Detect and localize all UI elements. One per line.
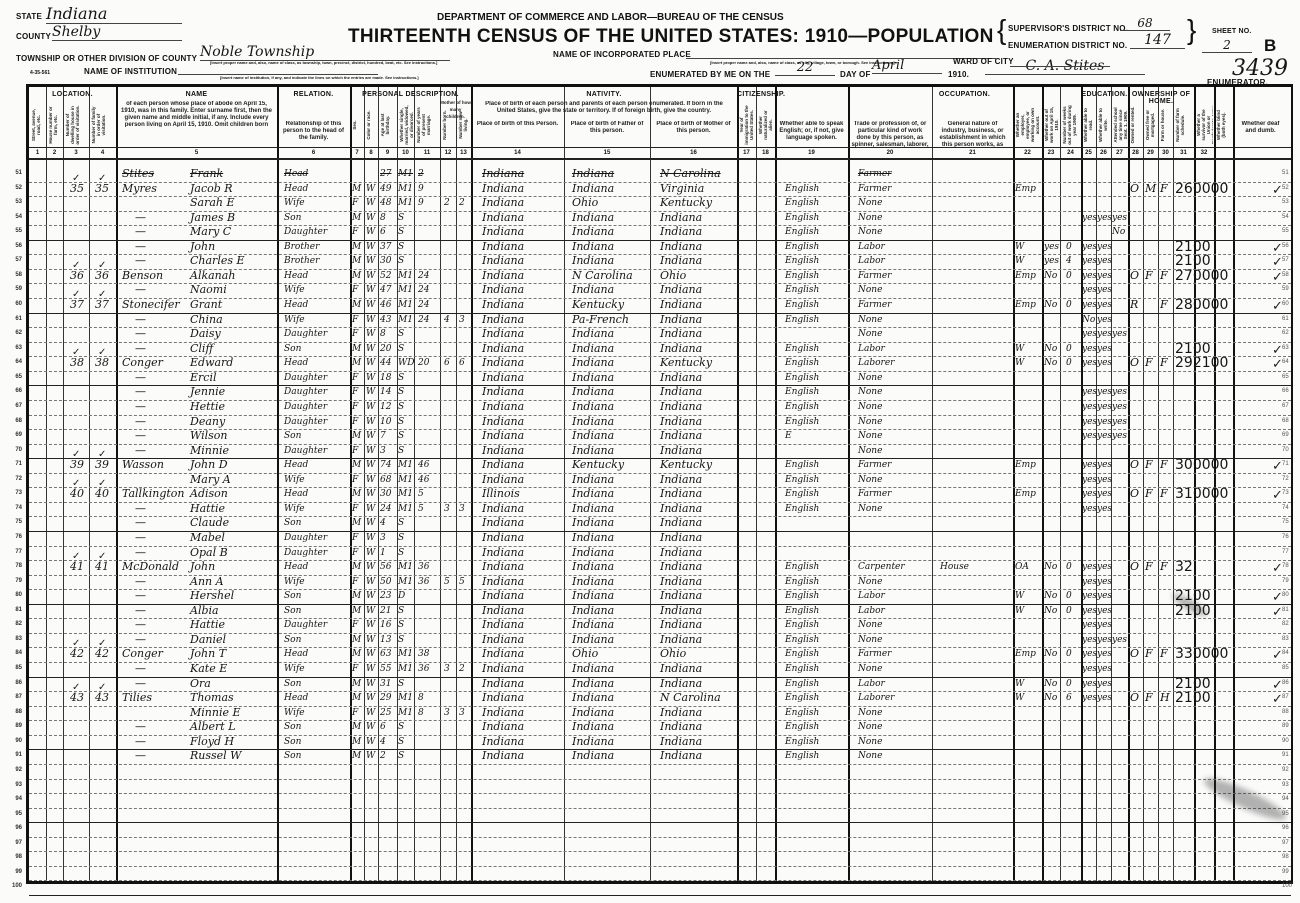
line-number: 68 [4, 418, 22, 424]
cell-language: English [785, 474, 819, 486]
row-rule [29, 822, 1291, 823]
cell-weeks: 0 [1066, 270, 1072, 282]
cell-age: 6 [380, 721, 386, 733]
mother-of-header: Mother of how many children. [440, 99, 471, 120]
cell-language: English [785, 663, 819, 675]
cell-birth-father: Indiana [572, 255, 614, 267]
cell-occupation: Farmer [858, 648, 891, 660]
cell-relation: Wife [284, 314, 305, 326]
line-number-right: 97 [1282, 840, 1300, 846]
cell-birth-mother: Indiana [660, 488, 702, 500]
cell-relation: Son [284, 430, 301, 442]
column-divider [848, 87, 850, 881]
cell-color: W [366, 212, 375, 224]
cell-marital: M1 [398, 168, 413, 180]
cell-sex: F [352, 576, 358, 588]
cell-birth-father: Indiana [572, 503, 614, 515]
cell-color: W [366, 299, 375, 311]
cell-birth-mother: Kentucky [660, 357, 712, 369]
cell-write: yes [1097, 474, 1112, 486]
line-number-right: 90 [1282, 738, 1300, 744]
form-code: 4-35-561 [30, 70, 50, 76]
row-rule [29, 851, 1291, 852]
day-of-label: DAY OF [840, 70, 871, 79]
cell-birth-father: Indiana [572, 474, 614, 486]
cell-relation: Son [284, 517, 301, 529]
cell-birth-father: Indiana [572, 430, 614, 442]
cell-birth-mother: Indiana [660, 750, 702, 762]
line-number-right: 98 [1282, 854, 1300, 860]
column-header-color: Color or race. [366, 105, 377, 145]
cell-occupation: Carpenter [858, 561, 905, 573]
cell-occupation: Labor [858, 343, 885, 355]
cell-color: W [366, 634, 375, 646]
cell-sex: F [352, 197, 358, 209]
cell-write: yes [1097, 328, 1112, 340]
cell-write: yes [1097, 692, 1112, 704]
column-header-lang: Whether able to speak English; or, if no… [778, 121, 845, 147]
cell-sex: F [352, 474, 358, 486]
cell-write: yes [1097, 576, 1112, 588]
line-number-right: 91 [1282, 752, 1300, 758]
cell-sex: M [352, 212, 361, 224]
column-header-own: Owned or rented. [1130, 105, 1142, 145]
cell-birth-mother: Indiana [660, 721, 702, 733]
cell-read: yes [1082, 241, 1097, 253]
cell-surname: — [135, 328, 146, 340]
cell-farm: F [1160, 488, 1168, 500]
cell-surname: — [135, 416, 146, 428]
cell-read: yes [1082, 634, 1097, 646]
cell-birth-father: Indiana [572, 750, 614, 762]
cell-color: W [366, 692, 375, 704]
cell-out-of-work: No [1044, 561, 1057, 573]
cell-living: 2 [459, 663, 465, 675]
cell-out-of-work: yes [1044, 241, 1059, 253]
cell-birth-person: Indiana [482, 226, 524, 238]
column-number: 8 [364, 150, 378, 156]
column-divider [1013, 87, 1015, 881]
line-number-right: 55 [1282, 228, 1300, 234]
line-number: 60 [4, 301, 22, 307]
cell-color: W [366, 197, 375, 209]
cell-school: yes [1112, 430, 1127, 442]
cell-birth-mother: Indiana [660, 561, 702, 573]
cell-schedule: 330000 [1175, 648, 1228, 660]
cell-sex: F [352, 386, 358, 398]
column-header-age: Age at last birthday. [380, 105, 396, 145]
cell-age: 2 [380, 750, 386, 762]
cell-weeks: 6 [1066, 692, 1072, 704]
cell-birth-father: Indiana [572, 357, 614, 369]
cell-birth-father: Indiana [572, 488, 614, 500]
cell-language: English [785, 299, 819, 311]
cell-birth-mother: Indiana [660, 212, 702, 224]
cell-color: W [366, 721, 375, 733]
column-header-free: Owned free or mortgaged. [1145, 105, 1157, 145]
cell-birth-father: Indiana [572, 605, 614, 617]
cell-color: W [366, 372, 375, 384]
cell-sex: F [352, 372, 358, 384]
column-divider [932, 87, 933, 881]
cell-birth-father: Indiana [572, 561, 614, 573]
cell-birth-father: Ohio [572, 648, 598, 660]
cell-birth-father: Indiana [572, 678, 614, 690]
line-number-right: 60 [1282, 301, 1300, 307]
cell-birth-mother: Indiana [660, 707, 702, 719]
cell-write: yes [1097, 678, 1112, 690]
cell-color: W [366, 270, 375, 282]
census-sheet: LOCATION.NAMERELATION.PERSONAL DESCRIPTI… [26, 84, 1293, 884]
cell-owned: O [1130, 270, 1139, 282]
line-number: 56 [4, 243, 22, 249]
column-number: 20 [848, 150, 932, 156]
cell-occupation: None [858, 445, 882, 457]
line-number-right: 58 [1282, 272, 1300, 278]
cell-age: 50 [380, 576, 391, 588]
cell-language: English [785, 197, 819, 209]
cell-age: 4 [380, 736, 386, 748]
cell-color: W [366, 605, 375, 617]
cell-birth-mother: Indiana [660, 299, 702, 311]
cell-read: yes [1082, 678, 1097, 690]
column-number: 19 [775, 150, 848, 156]
cell-birth-mother: Indiana [660, 634, 702, 646]
ward-field [1010, 57, 1110, 67]
cell-marital: S [398, 328, 404, 340]
cell-relation: Head [284, 561, 308, 573]
column-number: 3 [63, 150, 89, 156]
cell-read: yes [1082, 328, 1097, 340]
cell-dwelling: 36 [70, 270, 84, 282]
cell-weeks: 0 [1066, 357, 1072, 369]
cell-language: English [785, 503, 819, 515]
cell-birth-father: Indiana [572, 284, 614, 296]
cell-weeks: 0 [1066, 561, 1072, 573]
cell-years-married: 36 [418, 576, 429, 588]
cell-employer: W [1015, 241, 1024, 253]
cell-free: F [1145, 648, 1153, 660]
line-number-right: 92 [1282, 767, 1300, 773]
cell-read: yes [1082, 619, 1097, 631]
cell-color: W [366, 750, 375, 762]
cell-birth-person: Indiana [482, 707, 524, 719]
line-number-right: 64 [1282, 359, 1300, 365]
cell-birth-person: Indiana [482, 255, 524, 267]
line-number: 97 [4, 840, 22, 846]
cell-read: yes [1082, 576, 1097, 588]
cell-given: Kate E [190, 663, 227, 675]
line-number-right: 51 [1282, 170, 1300, 176]
header-bottom-rule [29, 147, 1291, 148]
cell-birth-father: Kentucky [572, 299, 624, 311]
cell-age: 3 [380, 445, 386, 457]
line-number-right: 80 [1282, 592, 1300, 598]
cell-relation: Head [284, 357, 308, 369]
cell-birth-mother: Indiana [660, 678, 702, 690]
cell-free: F [1145, 692, 1153, 704]
check-mark: ✓ [98, 478, 106, 489]
line-number-right: 56 [1282, 243, 1300, 249]
cell-dwelling: 39 [70, 459, 84, 471]
cell-weeks: 0 [1066, 241, 1072, 253]
cell-sex: M [352, 517, 361, 529]
cell-occupation: None [858, 503, 882, 515]
cell-given: Naomi [190, 284, 227, 296]
cell-age: 44 [380, 357, 391, 369]
cell-occupation: Laborer [858, 692, 894, 704]
cell-surname: — [135, 750, 146, 762]
cell-surname: — [135, 678, 146, 690]
enumerated-day: 22 [775, 60, 835, 76]
cell-birth-person: Indiana [482, 357, 524, 369]
cell-age: 7 [380, 430, 386, 442]
cell-sex: M [352, 299, 361, 311]
group-header-ownership: OWNERSHIP OF HOME. [1128, 91, 1194, 105]
year-label: 1910. [948, 70, 969, 79]
cell-out-of-work: No [1044, 343, 1057, 355]
column-divider [378, 87, 379, 881]
cell-write: yes [1097, 590, 1112, 602]
cell-school: yes [1112, 212, 1127, 224]
line-number-right: 59 [1282, 286, 1300, 292]
cell-relation: Son [284, 721, 301, 733]
cell-occupation: None [858, 401, 882, 413]
cell-sex: F [352, 547, 358, 559]
cell-color: W [366, 445, 375, 457]
row-rule [29, 895, 1291, 896]
cell-relation: Daughter [284, 386, 327, 398]
cell-sex: M [352, 648, 361, 660]
cell-occupation: Labor [858, 241, 885, 253]
cell-employer: W [1015, 590, 1024, 602]
supervisor-field: 68 [1120, 16, 1170, 31]
cell-birth-mother: Indiana [660, 430, 702, 442]
column-divider [471, 87, 473, 881]
cell-free: F [1145, 561, 1153, 573]
cell-color: W [366, 678, 375, 690]
column-divider [364, 87, 365, 881]
cell-write: yes [1097, 314, 1112, 326]
cell-farm: F [1160, 648, 1168, 660]
group-header-location: LOCATION. [29, 91, 116, 98]
cell-surname: — [135, 212, 146, 224]
cell-birth-mother: Indiana [660, 241, 702, 253]
cell-employer: W [1015, 678, 1024, 690]
cell-age: 52 [380, 270, 391, 282]
cell-marital: M1 [398, 692, 413, 704]
check-mark: ✓ [72, 638, 80, 649]
cell-birth-person: Indiana [482, 721, 524, 733]
cell-color: W [366, 532, 375, 544]
cell-weeks: 0 [1066, 648, 1072, 660]
cell-birth-person: Indiana [482, 532, 524, 544]
cell-marital: S [398, 532, 404, 544]
cell-relation: Head [284, 488, 308, 500]
cell-read: yes [1082, 488, 1097, 500]
cell-given: John [190, 241, 215, 253]
cell-birth-mother: Indiana [660, 386, 702, 398]
cell-color: W [366, 226, 375, 238]
line-number: 90 [4, 738, 22, 744]
group-header-occupation: OCCUPATION. [848, 91, 1081, 98]
cell-occupation: Laborer [858, 357, 894, 369]
cell-marital: M1 [398, 474, 413, 486]
line-number: 93 [4, 782, 22, 788]
column-number: 23 [1042, 150, 1060, 156]
cell-sex: F [352, 707, 358, 719]
cell-birth-father: Indiana [572, 634, 614, 646]
cell-color: W [366, 707, 375, 719]
line-number-right: 94 [1282, 796, 1300, 802]
column-number: 27 [1111, 150, 1128, 156]
cell-color: W [366, 576, 375, 588]
cell-language: English [785, 372, 819, 384]
cell-marital: S [398, 226, 404, 238]
cell-employer: W [1015, 255, 1024, 267]
cell-marital: S [398, 430, 404, 442]
cell-marital: M1 [398, 561, 413, 573]
cell-birth-person: Indiana [482, 474, 524, 486]
column-number: 1 [29, 150, 46, 156]
column-number: 15 [564, 150, 650, 156]
column-header-sc: Attended school any time since Sept. 1, … [1113, 105, 1127, 145]
township-label: TOWNSHIP OR OTHER DIVISION OF COUNTY [16, 54, 197, 63]
cell-relation: Wife [284, 576, 305, 588]
cell-occupation: None [858, 197, 882, 209]
cell-employer: W [1015, 692, 1024, 704]
cell-sex: M [352, 590, 361, 602]
cell-birth-father: Indiana [572, 590, 614, 602]
cell-sex: F [352, 416, 358, 428]
cell-out-of-work: No [1044, 270, 1057, 282]
check-mark: ✓ [98, 289, 106, 300]
check-mark: ✓ [72, 260, 80, 271]
line-number-right: 83 [1282, 636, 1300, 642]
institution-label: NAME OF INSTITUTION [84, 67, 177, 76]
row-rule [29, 793, 1291, 794]
cell-birth-person: Indiana [482, 750, 524, 762]
column-divider [1143, 87, 1144, 881]
cell-free: F [1145, 459, 1153, 471]
cell-born: 2 [444, 197, 450, 209]
cell-marital: S [398, 605, 404, 617]
cell-age: 25 [380, 707, 391, 719]
line-number-right: 96 [1282, 825, 1300, 831]
cell-born: 3 [444, 663, 450, 675]
cell-write: yes [1097, 503, 1112, 515]
cell-age: 16 [380, 619, 391, 631]
cell-language: English [785, 488, 819, 500]
cell-farm: F [1160, 561, 1168, 573]
cell-surname: — [135, 503, 146, 515]
cell-birth-mother: Ohio [660, 648, 686, 660]
cell-schedule: 2100 [1175, 255, 1211, 267]
cell-employer: OA [1015, 561, 1029, 573]
cell-family: 42 [95, 648, 109, 660]
column-divider [440, 87, 441, 881]
cell-birth-mother: Indiana [660, 576, 702, 588]
cell-sex: F [352, 401, 358, 413]
cell-relation: Son [284, 343, 301, 355]
cell-marital: S [398, 416, 404, 428]
column-header-ind: General nature of industry, business, or… [935, 121, 1010, 147]
cell-living: 2 [459, 197, 465, 209]
cell-weeks: 0 [1066, 343, 1072, 355]
cell-surname: — [135, 547, 146, 559]
cell-sex: M [352, 270, 361, 282]
cell-free: F [1145, 488, 1153, 500]
line-number: 81 [4, 607, 22, 613]
cell-relation: Head [284, 648, 308, 660]
cell-marital: M1 [398, 459, 413, 471]
cell-sex: F [352, 284, 358, 296]
line-number-right: 89 [1282, 723, 1300, 729]
cell-relation: Head [284, 270, 308, 282]
cell-birth-person: Indiana [482, 605, 524, 617]
column-divider [46, 87, 47, 881]
cell-write: yes [1097, 605, 1112, 617]
cell-language: English [785, 314, 819, 326]
cell-birth-person: Illinois [482, 488, 520, 500]
cell-color: W [366, 736, 375, 748]
column-divider [116, 87, 118, 881]
column-header-dw: Number of dwelling house in order of vis… [65, 105, 88, 145]
line-number-right: 75 [1282, 519, 1300, 525]
cell-out-of-work: No [1044, 590, 1057, 602]
cell-birth-person: Indiana [482, 634, 524, 646]
cell-marital: S [398, 750, 404, 762]
cell-read: yes [1082, 605, 1097, 617]
cell-birth-person: Indiana [482, 343, 524, 355]
cell-age: 63 [380, 648, 391, 660]
cell-language: English [785, 561, 819, 573]
cell-language: English [785, 212, 819, 224]
cell-color: W [366, 416, 375, 428]
incorporated-place-label: NAME OF INCORPORATED PLACE [553, 50, 691, 59]
cell-marital: M1 [398, 299, 413, 311]
cell-farm: F [1160, 357, 1168, 369]
check-mark: ✓ [98, 449, 106, 460]
cell-language: E [785, 430, 792, 442]
cell-age: 8 [380, 328, 386, 340]
cell-marital: M1 [398, 270, 413, 282]
group-header-personal: PERSONAL DESCRIPTION. [350, 91, 471, 98]
cell-relation: Wife [284, 503, 305, 515]
cell-occupation: None [858, 314, 882, 326]
row-rule [29, 764, 1291, 765]
cell-read: yes [1082, 212, 1097, 224]
column-number: 13 [456, 150, 471, 156]
cell-write: yes [1097, 634, 1112, 646]
cell-relation: Son [284, 678, 301, 690]
cell-read: yes [1082, 255, 1097, 267]
cell-birth-father: Indiana [572, 532, 614, 544]
cell-occupation: None [858, 663, 882, 675]
column-header-mar: Whether single, married, widowed, or div… [399, 105, 413, 145]
line-number-right: 82 [1282, 621, 1300, 627]
line-number: 98 [4, 854, 22, 860]
cell-out-of-work: No [1044, 357, 1057, 369]
cell-surname: — [135, 430, 146, 442]
cell-language: English [785, 619, 819, 631]
column-number: 12 [440, 150, 456, 156]
cell-given: John [190, 561, 215, 573]
cell-farm: H [1160, 692, 1170, 704]
cell-color: W [366, 314, 375, 326]
cell-marital: S [398, 401, 404, 413]
cell-given: Minnie E [190, 707, 241, 719]
